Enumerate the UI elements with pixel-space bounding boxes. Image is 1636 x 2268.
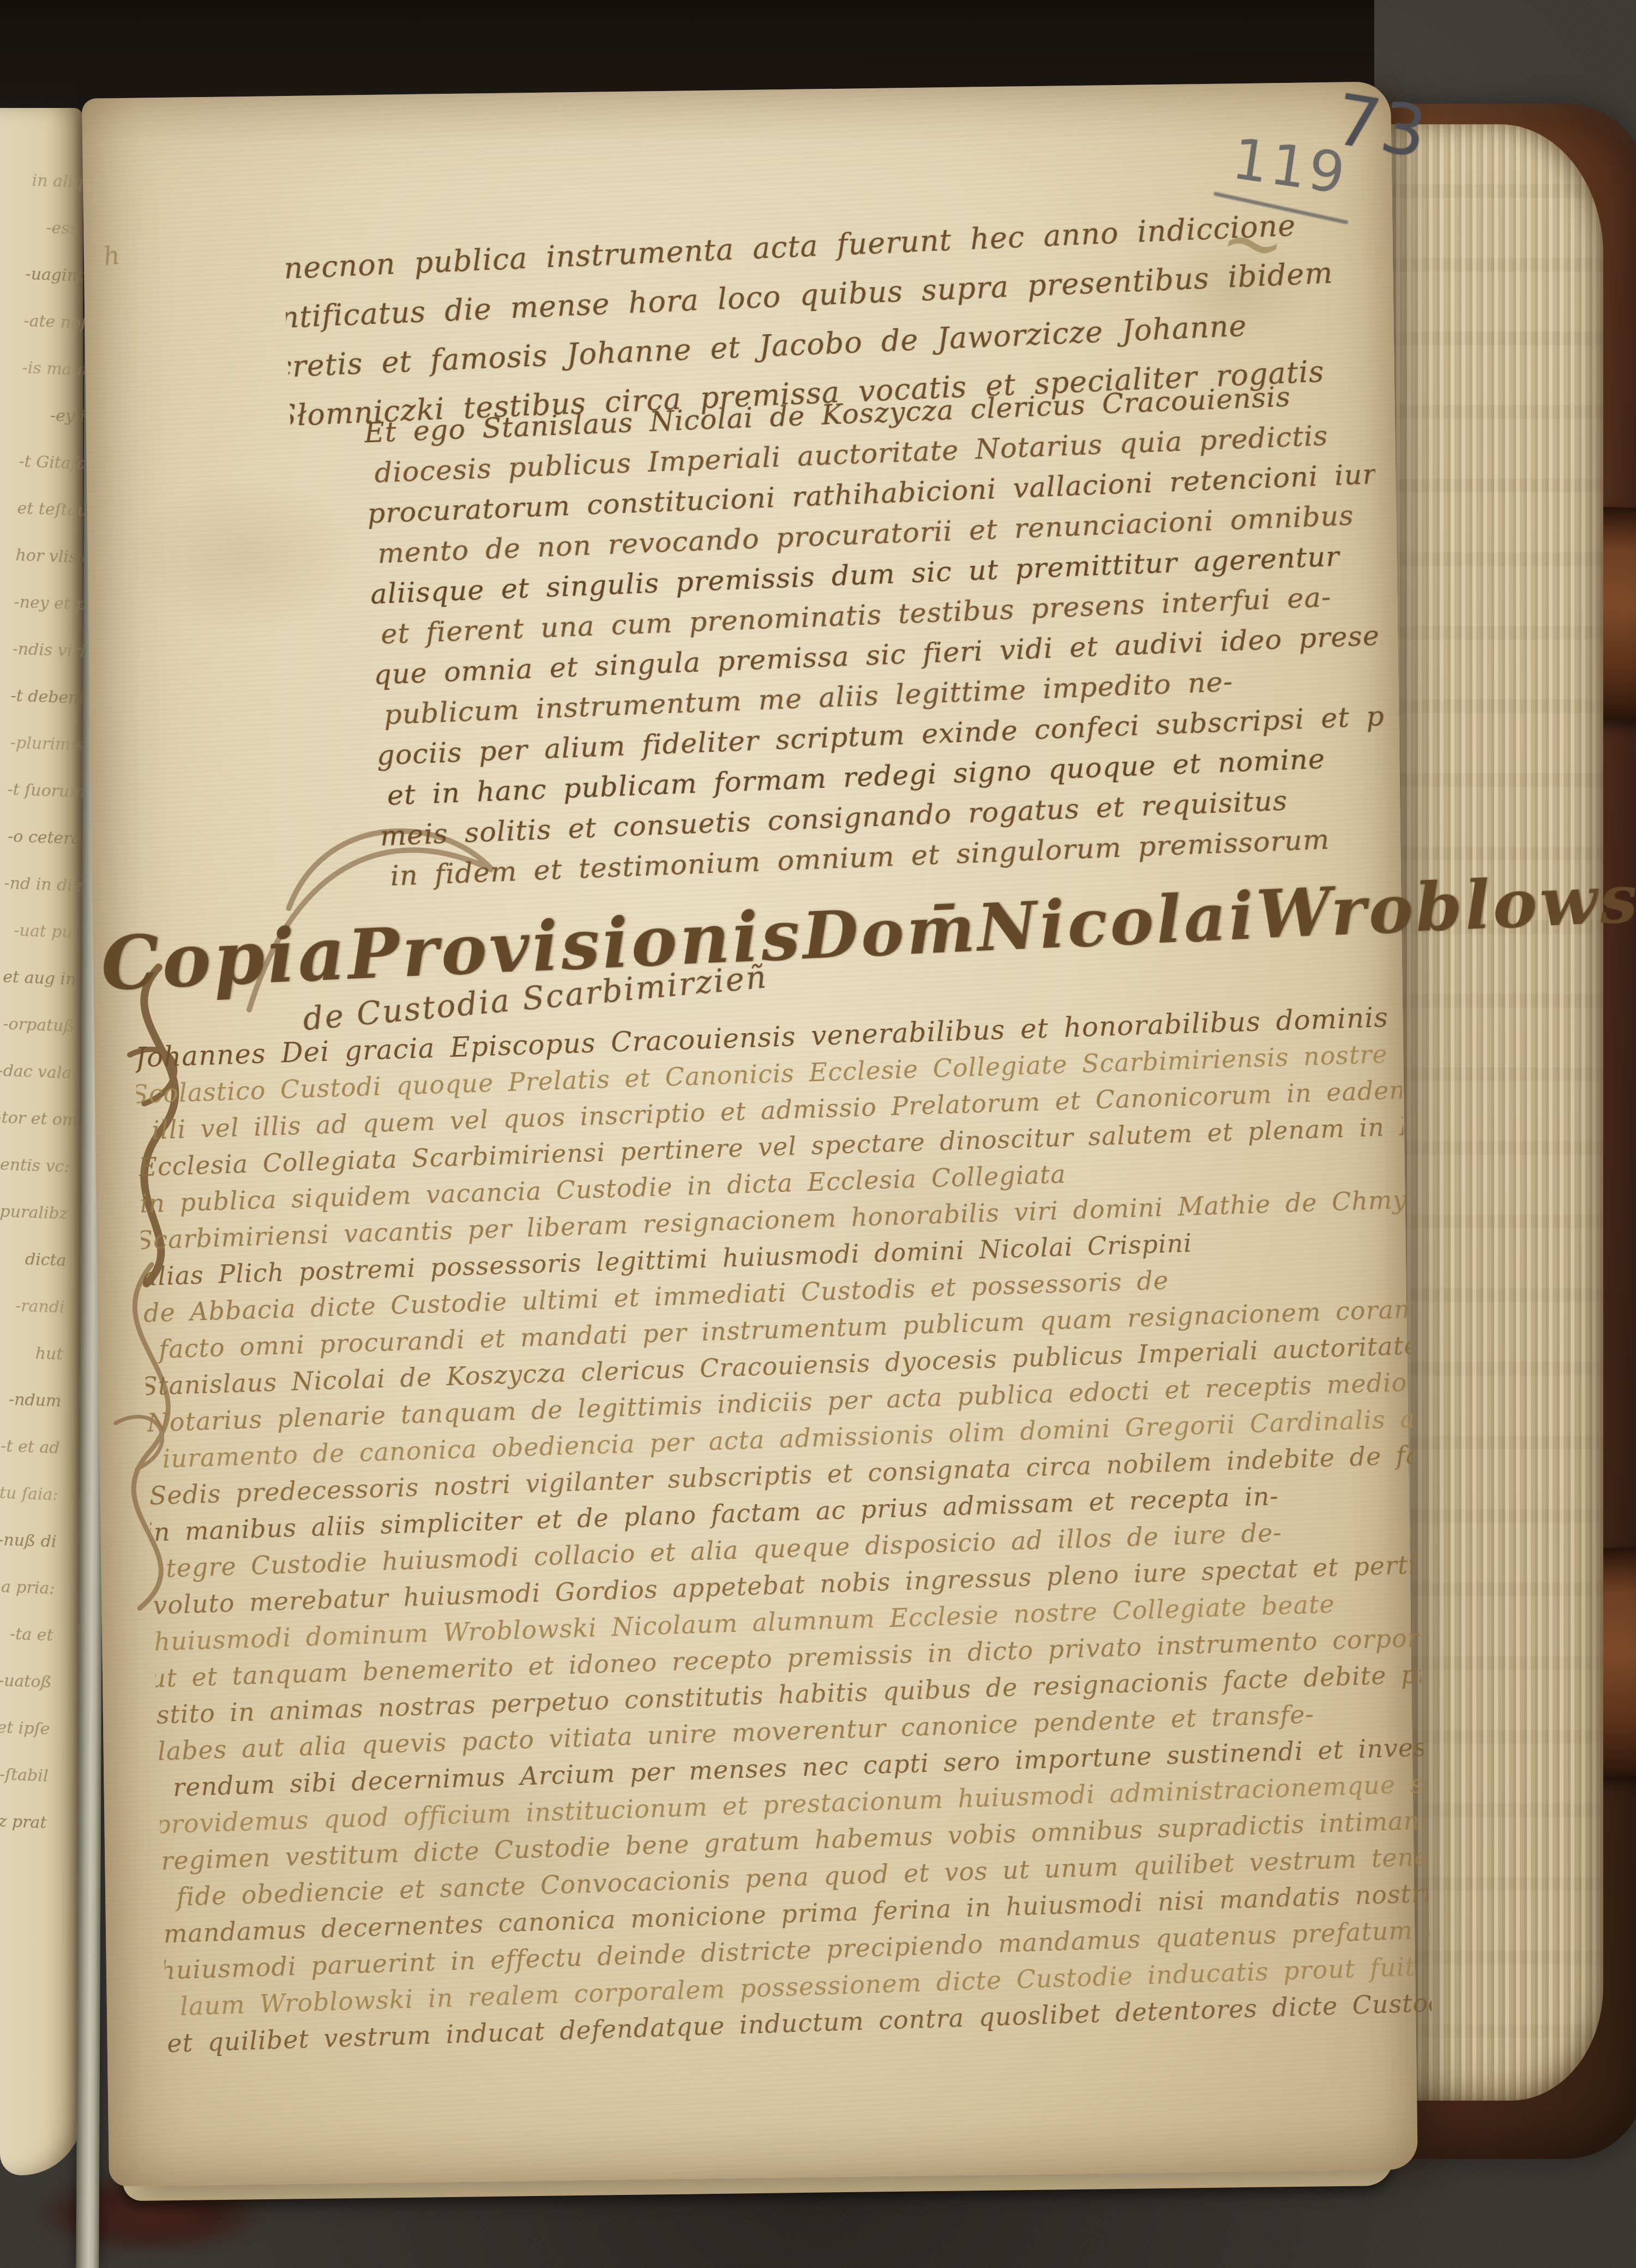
folio-number-old: 119	[1228, 125, 1351, 207]
margin-fragment: -ſtabil	[0, 1751, 53, 1800]
manuscript-line: et fierent una cum prenominatis testibus…	[380, 576, 1381, 655]
margin-fragment: -t debent nd	[10, 673, 91, 722]
manuscript-line: laum Wroblowski in realem corporalem pos…	[179, 1948, 1431, 2025]
margin-fragment: -ua pria:	[0, 1563, 60, 1613]
recto-page: 119 ∼ 73 h necnon publica instrumenta ac…	[82, 81, 1418, 2186]
manuscript-line: providemus quod officium institucionum e…	[154, 1766, 1425, 1843]
manuscript-line: huiusmodi dominum Wroblowski Nicolaum al…	[153, 1583, 1419, 1661]
manuscript-line: tegre Custodie huiusmodi collacio et ali…	[165, 1510, 1417, 1587]
manuscript-line: in publica siquidem vacancia Custodie in…	[139, 1145, 1405, 1222]
manuscript-line: Sedis predecessoris nostri vigilanter su…	[149, 1437, 1415, 1515]
margin-fragment: -ndis viribus	[11, 626, 93, 675]
manuscript-line: discretis et famosis Johanne et Jacobo d…	[283, 295, 1385, 394]
manuscript-line: meis solitis et consuetis consignando ro…	[379, 777, 1388, 857]
manuscript-line: huiusmodi paruerint in effectu deinde di…	[159, 1911, 1430, 1989]
margin-fragment: -nuß di	[0, 1516, 62, 1566]
margin-fragment: et aug in	[0, 954, 81, 1004]
margin-fragment: -dz prat	[0, 1797, 52, 1847]
margin-fragment: -orpatuß	[0, 1000, 80, 1050]
manuscript-line: gociis per alium fideliter scriptum exin…	[376, 696, 1386, 776]
manuscript-line: et in hanc publicam formam redegi signo …	[386, 737, 1387, 816]
facing-page-sliver: in aliqua-ess co-uaginta ſio-ate noſtra-…	[0, 108, 83, 2175]
margin-fragment: -ney et plen:	[13, 579, 94, 629]
provision-copy-paragraph: Johannes Dei gracia Episcopus Cracouiens…	[135, 999, 1432, 2062]
heading-word: Nicolai	[976, 877, 1258, 967]
manuscript-line: labes aut alia quevis pacto vitiata unir…	[157, 1693, 1423, 1770]
margin-fragment: -puralibz	[0, 1188, 73, 1238]
manuscript-line: Scarbimiriensi vacantis per liberam resi…	[135, 1181, 1406, 1259]
manuscript-line: facto omni procurandi et mandati per ins…	[158, 1291, 1410, 1368]
manuscript-line: Stanislaus Nicolai de Koszycza clericus …	[140, 1328, 1411, 1405]
manuscript-line: Scolastico Custodi quoque Prelatis et Ca…	[135, 1035, 1402, 1113]
manuscript-line: de Słomniczki testibus circa premissa vo…	[283, 345, 1387, 441]
heading-word: Dom̄	[801, 890, 979, 974]
manuscript-line: Johannes Dei gracia Episcopus Cracouiens…	[135, 999, 1400, 1076]
manuscript-line: voluto merebatur huiusmodi Gordios appet…	[152, 1547, 1418, 1624]
manuscript-line: mento de non revocando procuratorii et r…	[377, 495, 1378, 575]
manuscript-line: illi vel illis ad quem vel quos inscript…	[151, 1072, 1403, 1149]
rubric-heading: Copia Provisionis Dom̄ Nicolai Wroblowsk…	[99, 864, 1384, 1007]
folio-number-underline	[1213, 191, 1349, 224]
margin-fragment: -plurimis	[8, 720, 89, 769]
heading-word: Wroblowski	[1254, 855, 1636, 954]
manuscript-line: publicum instrumentum me aliis legittime…	[383, 656, 1384, 735]
manuscript-line: iuramento de canonica obediencia per act…	[162, 1401, 1414, 1477]
manuscript-line: in fidem et testimonium omnium et singul…	[389, 817, 1390, 897]
closing-formula-paragraph: necnon publica instrumenta acta fuerunt …	[283, 197, 1387, 441]
manuscript-line: aliisque et singulis premissis dum sic u…	[370, 535, 1379, 616]
margin-fragment: -tor et omni:	[0, 1094, 76, 1144]
manuscript-line: necnon publica instrumenta acta fuerunt …	[283, 197, 1380, 293]
manuscript-line: procuratorum constitucioni rathihabicion…	[366, 455, 1376, 535]
manuscript-photo: in aliqua-ess co-uaginta ſio-ate noſtra-…	[0, 0, 1636, 2268]
margin-fragment: dicta	[0, 1235, 71, 1284]
manuscript-line: Et ego Stanislaus Nicolai de Koszycza cl…	[363, 374, 1373, 454]
folio-number-new: 73	[1330, 79, 1434, 174]
margin-fragment: o et ipſe	[0, 1704, 55, 1753]
manuscript-line: rendum sibi decernimus Arcium per menses…	[172, 1729, 1424, 1806]
manuscript-line: ut et tanquam benemerito et idoneo recep…	[149, 1620, 1421, 1697]
rubric-subheading: de Custodia Scarbimirzieñ	[301, 958, 769, 1038]
margin-fragment: -entis vc:	[0, 1141, 75, 1191]
margin-fragment: -t et ad	[0, 1422, 65, 1472]
margin-mark: h	[102, 240, 122, 272]
manuscript-line: de Abbacia dicte Custodie ultimi et imme…	[143, 1254, 1409, 1332]
manuscript-line: alias Plich postremi possessoris legitti…	[142, 1218, 1408, 1295]
manuscript-line: et quilibet vestrum inducat defendatque …	[166, 1984, 1432, 2062]
heading-word: Provisionis	[346, 894, 804, 995]
manuscript-line: stito in animas nostras perpetuo constit…	[156, 1656, 1422, 1734]
margin-fragment: -dac valat	[0, 1047, 78, 1097]
margin-fragment: -uatoß	[0, 1657, 57, 1706]
manuscript-line: Ecclesia Collegiata Scarbimiriensi perti…	[138, 1108, 1404, 1186]
margin-fragment: -randi	[0, 1282, 70, 1331]
manuscript-line: in manibus aliis simpliciter et de plano…	[145, 1474, 1416, 1551]
manuscript-line: regimen vestitum dicte Custodie bene gra…	[160, 1802, 1426, 1880]
margin-fragment: -o cetera	[5, 813, 86, 863]
folio-underline-squiggle: ∼	[1213, 194, 1293, 293]
manuscript-line: mandamus decernentes canonica monicione …	[163, 1875, 1429, 1952]
notarial-subscription-paragraph: Et ego Stanislaus Nicolai de Koszycza cl…	[363, 374, 1390, 897]
manuscript-line: fide obediencie et sancte Convocacionis …	[176, 1838, 1428, 1915]
marginal-flourish-icon	[77, 955, 245, 1295]
heading-ascender-flourish-icon	[230, 788, 517, 1027]
margin-fragment: -tu ſaia:	[0, 1469, 63, 1519]
manuscript-line: que omnia et singula premissa sic fieri …	[373, 616, 1382, 696]
margin-fragment: hut	[0, 1329, 68, 1378]
margin-fragment: -ta et	[0, 1610, 58, 1660]
margin-fragment: -uat pul	[2, 907, 83, 957]
margin-fragment: -nd in die	[3, 860, 85, 910]
margin-fragment: -t ſuorum	[7, 767, 88, 816]
margin-fragment: -ndum	[0, 1376, 67, 1425]
manuscript-line: Notarius plenarie tanquam de legittimis …	[146, 1364, 1412, 1441]
manuscript-line: diocesis publicus Imperiali auctoritate …	[374, 414, 1374, 494]
manuscript-line: pontificatus die mense hora loco quibus …	[283, 246, 1382, 344]
heading-word: Copia	[99, 910, 350, 1007]
